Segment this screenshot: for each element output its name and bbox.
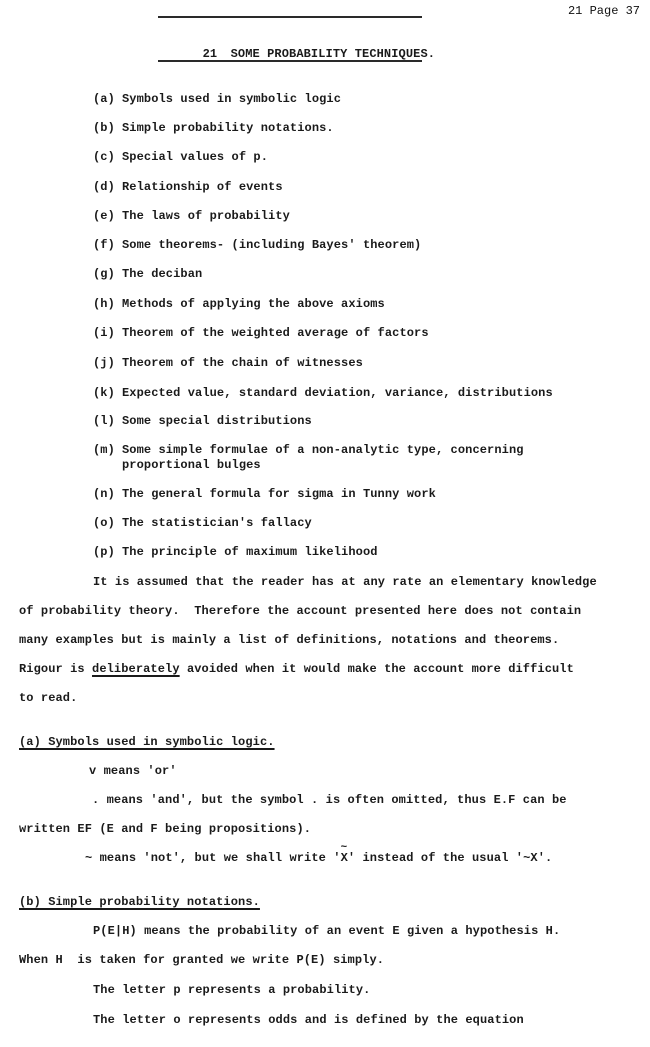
contents-item-label: (j) — [93, 356, 122, 370]
contents-item-text: Theorem of the chain of witnesses — [122, 356, 363, 370]
or-definition-text: means 'or' — [96, 764, 176, 778]
contents-item-label: (o) — [93, 516, 122, 530]
contents-item-text: Some special distributions — [122, 414, 312, 428]
letter-p-line: The letter p represents a probability. — [93, 983, 370, 997]
contents-item-text-line: Special values of p. — [122, 150, 268, 164]
contents-item-label: (k) — [93, 386, 122, 400]
contents-item-text-line: Expected value, standard deviation, vari… — [122, 386, 553, 400]
section-a-heading: (a) Symbols used in symbolic logic. — [19, 735, 275, 749]
contents-item-text-line: proportional bulges — [122, 458, 524, 472]
contents-item: (f)Some theorems- (including Bayes' theo… — [93, 238, 421, 252]
or-definition: v means 'or' — [89, 764, 177, 778]
section-title-text: SOME PROBABILITY TECHNIQUES. — [231, 47, 435, 61]
unconditional-probability-line: When H is taken for granted we write P(E… — [19, 953, 384, 967]
contents-item: (i)Theorem of the weighted average of fa… — [93, 326, 429, 340]
intro-line-3: many examples but is mainly a list of de… — [19, 633, 559, 647]
section-b-heading: (b) Simple probability notations. — [19, 895, 260, 909]
contents-item: (g)The deciban — [93, 267, 202, 281]
intro-line-4: Rigour is deliberately avoided when it w… — [19, 662, 574, 676]
contents-item: (o)The statistician's fallacy — [93, 516, 312, 530]
header-rule-top — [158, 16, 422, 18]
contents-item-text: Theorem of the weighted average of facto… — [122, 326, 429, 340]
header-rule-bottom — [158, 60, 422, 62]
contents-item-text: Some simple formulae of a non-analytic t… — [122, 443, 524, 472]
conditional-probability-line: P(E|H) means the probability of an event… — [93, 924, 560, 938]
contents-item: (d)Relationship of events — [93, 180, 283, 194]
contents-item-text-line: Relationship of events — [122, 180, 283, 194]
contents-item-text: The laws of probability — [122, 209, 290, 223]
not-definition-pre: means 'not', but we shall write ' — [92, 851, 340, 865]
contents-item-text-line: Theorem of the weighted average of facto… — [122, 326, 429, 340]
page-label: 21 Page 37 — [568, 4, 640, 18]
contents-item: (j)Theorem of the chain of witnesses — [93, 356, 363, 370]
contents-item-text: Simple probability notations. — [122, 121, 334, 135]
contents-item-label: (p) — [93, 545, 122, 559]
intro-line-4-pre: Rigour is — [19, 662, 92, 676]
contents-item-text: Methods of applying the above axioms — [122, 297, 385, 311]
contents-item-text-line: Some simple formulae of a non-analytic t… — [122, 443, 524, 457]
contents-item-label: (e) — [93, 209, 122, 223]
intro-line-4-post: avoided when it would make the account m… — [180, 662, 574, 676]
contents-item: (c)Special values of p. — [93, 150, 268, 164]
contents-item: (a)Symbols used in symbolic logic — [93, 92, 341, 106]
not-definition-post: ' instead of the usual '~X'. — [348, 851, 552, 865]
contents-item: (l)Some special distributions — [93, 414, 312, 428]
contents-item-label: (a) — [93, 92, 122, 106]
emphasis-deliberately: deliberately — [92, 662, 180, 676]
contents-item-label: (g) — [93, 267, 122, 281]
contents-item-text: The statistician's fallacy — [122, 516, 312, 530]
contents-item-text: Relationship of events — [122, 180, 283, 194]
contents-item-label: (b) — [93, 121, 122, 135]
contents-item-label: (f) — [93, 238, 122, 252]
contents-item-text-line: The general formula for sigma in Tunny w… — [122, 487, 436, 501]
contents-item-text-line: The deciban — [122, 267, 202, 281]
contents-item-text-line: The laws of probability — [122, 209, 290, 223]
contents-item-text-line: Some special distributions — [122, 414, 312, 428]
contents-item-text-line: Methods of applying the above axioms — [122, 297, 385, 311]
contents-item: (m)Some simple formulae of a non-analyti… — [93, 443, 524, 472]
contents-item-text: Symbols used in symbolic logic — [122, 92, 341, 106]
intro-line-2: of probability theory. Therefore the acc… — [19, 604, 581, 618]
section-title: 21SOME PROBABILITY TECHNIQUES. — [188, 33, 435, 61]
contents-item: (p)The principle of maximum likelihood — [93, 545, 378, 559]
contents-item-label: (i) — [93, 326, 122, 340]
contents-item: (h)Methods of applying the above axioms — [93, 297, 385, 311]
contents-item-label: (d) — [93, 180, 122, 194]
contents-item-text: The deciban — [122, 267, 202, 281]
contents-item-label: (c) — [93, 150, 122, 164]
contents-item-label: (h) — [93, 297, 122, 311]
and-definition-line-2: written EF (E and F being propositions). — [19, 822, 311, 836]
contents-item-text: Expected value, standard deviation, vari… — [122, 386, 553, 400]
contents-item-text-line: Theorem of the chain of witnesses — [122, 356, 363, 370]
contents-item-text-line: Simple probability notations. — [122, 121, 334, 135]
and-definition-line-1: . means 'and', but the symbol . is often… — [92, 793, 567, 807]
contents-item-text: The general formula for sigma in Tunny w… — [122, 487, 436, 501]
tilde-x-notation: X — [341, 851, 348, 865]
contents-item: (b)Simple probability notations. — [93, 121, 334, 135]
intro-line-1: It is assumed that the reader has at any… — [93, 575, 597, 589]
contents-item-text-line: Symbols used in symbolic logic — [122, 92, 341, 106]
contents-item: (n)The general formula for sigma in Tunn… — [93, 487, 436, 501]
contents-item-label: (n) — [93, 487, 122, 501]
intro-line-5: to read. — [19, 691, 77, 705]
contents-item-label: (l) — [93, 414, 122, 428]
contents-item: (e)The laws of probability — [93, 209, 290, 223]
contents-item: (k)Expected value, standard deviation, v… — [93, 386, 553, 400]
not-definition: ~ means 'not', but we shall write 'X' in… — [85, 851, 552, 865]
contents-item-text-line: Some theorems- (including Bayes' theorem… — [122, 238, 421, 252]
contents-item-text: The principle of maximum likelihood — [122, 545, 378, 559]
contents-item-text-line: The statistician's fallacy — [122, 516, 312, 530]
contents-item-text: Some theorems- (including Bayes' theorem… — [122, 238, 421, 252]
contents-item-text-line: The principle of maximum likelihood — [122, 545, 378, 559]
contents-item-label: (m) — [93, 443, 122, 457]
letter-o-line: The letter o represents odds and is defi… — [93, 1013, 524, 1027]
section-number: 21 — [203, 47, 231, 61]
contents-item-text: Special values of p. — [122, 150, 268, 164]
